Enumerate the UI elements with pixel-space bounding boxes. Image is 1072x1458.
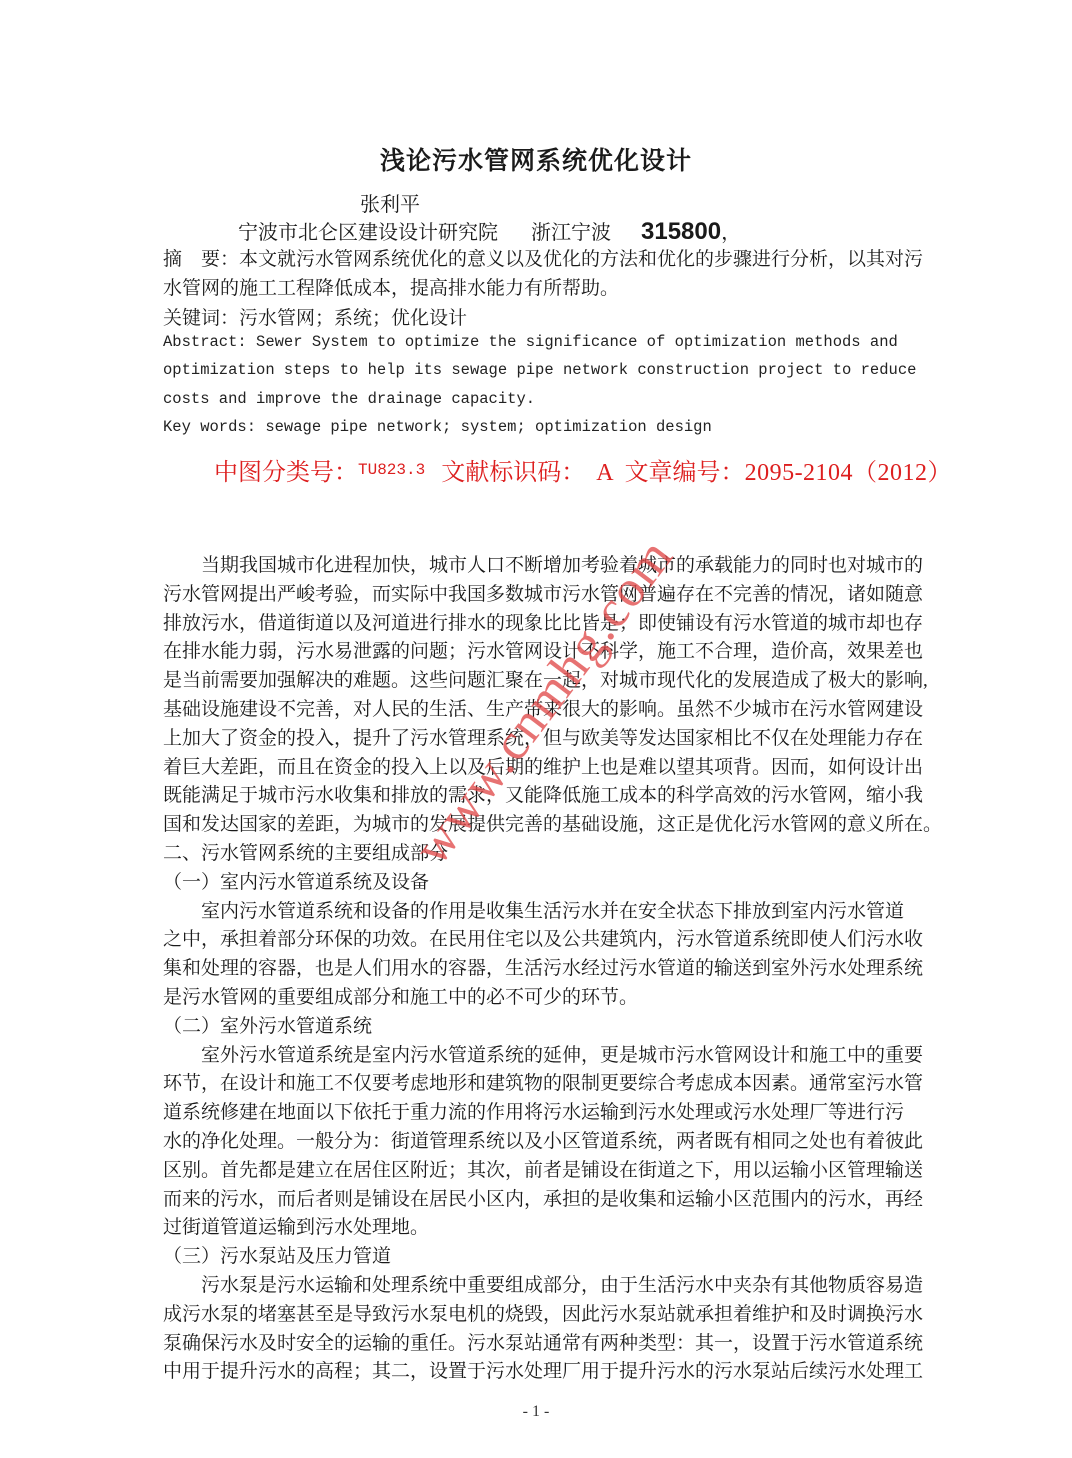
author-name: 张利平 [360,188,420,217]
body-line: 集和处理的容器，也是人们用水的容器，生活污水经过污水管道的输送到室外污水处理系统 [163,955,925,984]
body-line: （二）室外污水管道系统 [163,1013,925,1042]
body-line: 区别。首先都是建立在居住区附近；其次，前者是铺设在街道之下，用以运输小区管理输送 [163,1157,925,1186]
body-line: 之中，承担着部分环保的功效。在民用住宅以及公共建筑内，污水管道系统即使人们污水收 [163,926,925,955]
body-line: 水的净化处理。一般分为：街道管理系统以及小区管道系统，两者既有相同之处也有着彼此 [163,1128,925,1157]
affiliation-line: 宁波市北仑区建设设计研究院 浙江宁波 315800 ， [238,216,741,246]
body-line: 环节，在设计和施工不仅要考虑地形和建筑物的限制更要综合考虑成本因素。通常室污水管 [163,1070,925,1099]
body-line: 室内污水管道系统和设备的作用是收集生活污水并在安全状态下排放到室内污水管道 [163,898,925,927]
body-line: 是当前需要加强解决的难题。这些问题汇聚在一起，对城市现代化的发展造成了极大的影响… [163,667,925,696]
body-line: 国和发达国家的差距，为城市的发展提供完善的基础设施，这正是优化污水管网的意义所在… [163,811,925,840]
body-line: 中用于提升污水的高程；其二，设置于污水处理厂用于提升污水的污水泵站后续污水处理工 [163,1358,925,1387]
doc-id-label: 文献标识码： [441,452,585,487]
postal-code: 315800 [641,218,721,246]
abstract-en: Abstract: Sewer System to optimize the s… [163,328,953,442]
doc-id-code: A [596,460,613,487]
body-line: 室外污水管道系统是室内污水管道系统的延伸，更是城市污水管网设计和施工中的重要 [163,1042,925,1071]
body-text: 当期我国城市化进程加快，城市人口不断增加考验着城市的承载能力的同时也对城市的污水… [163,552,925,1387]
abstract-en-line: costs and improve the drainage capacity. [163,385,953,413]
abstract-cn-line: 水管网的施工工程降低成本，提高排水能力有所帮助。 [163,274,925,303]
body-line: （三）污水泵站及压力管道 [163,1243,925,1272]
body-line: 污水管网提出严峻考验，而实际中我国多数城市污水管网普遍存在不完善的情况，诸如随意 [163,581,925,610]
body-line: 排放污水，借道街道以及河道进行排水的现象比比皆是；即使铺设有污水管道的城市却也存 [163,610,925,639]
article-no-label: 文章编号： [625,452,745,487]
abstract-en-line: Key words: sewage pipe network; system; … [163,413,953,441]
keywords-cn: 关键词：污水管网；系统；优化设计 [163,303,467,330]
abstract-en-line: optimization steps to help its sewage pi… [163,356,953,384]
body-line: 而来的污水，而后者则是铺设在居民小区内，承担的是收集和运输小区范围内的污水，再经 [163,1186,925,1215]
body-line: 是污水管网的重要组成部分和施工中的必不可少的环节。 [163,984,925,1013]
body-line: 污水泵是污水运输和处理系统中重要组成部分，由于生活污水中夹杂有其他物质容易造 [163,1272,925,1301]
body-line: 二、污水管网系统的主要组成部分 [163,840,925,869]
postal-code-comma: ， [721,216,741,245]
affiliation-region: 浙江宁波 [531,216,611,245]
clc-code: TU823.3 [358,461,425,479]
abstract-cn-line: 摘 要：本文就污水管网系统优化的意义以及优化的方法和优化的步骤进行分析，以其对污 [163,245,925,274]
body-line: 过街道管道运输到污水处理地。 [163,1214,925,1243]
body-line: 着巨大差距，而且在资金的投入上以及后期的维护上也是难以望其项背。因而，如何设计出 [163,754,925,783]
body-line: 泵确保污水及时安全的运输的重任。污水泵站通常有两种类型：其一，设置于污水管道系统 [163,1330,925,1359]
body-line: 成污水泵的堵塞甚至是导致污水泵电机的烧毁，因此污水泵站就承担着维护和及时调换污水 [163,1301,925,1330]
document-page: 浅论污水管网系统优化设计 张利平 宁波市北仑区建设设计研究院 浙江宁波 3158… [0,0,1072,1458]
body-line: 当期我国城市化进程加快，城市人口不断增加考验着城市的承载能力的同时也对城市的 [163,552,925,581]
body-line: 既能满足于城市污水收集和排放的需求，又能降低施工成本的科学高效的污水管网，缩小我 [163,782,925,811]
body-line: 道系统修建在地面以下依托于重力流的作用将污水运输到污水处理或污水处理厂等进行污 [163,1099,925,1128]
classification-line: 中图分类号： TU823.3 文献标识码： A 文章编号： 2095-2104（… [214,452,952,487]
body-line: 在排水能力弱，污水易泄露的问题；污水管网设计不科学，施工不合理，造价高，效果差也 [163,638,925,667]
body-line: 上加大了资金的投入，提升了污水管理系统，但与欧美等发达国家相比不仅在处理能力存在 [163,725,925,754]
clc-label: 中图分类号： [214,452,358,487]
body-line: 基础设施建设不完善，对人民的生活、生产带来很大的影响。虽然不少城市在污水管网建设 [163,696,925,725]
paper-title: 浅论污水管网系统优化设计 [0,141,1072,177]
article-no-code: 2095-2104（2012） [745,452,953,487]
page-number: - 1 - [0,1403,1072,1421]
affiliation-institute: 宁波市北仑区建设设计研究院 [238,216,498,245]
body-line: （一）室内污水管道系统及设备 [163,869,925,898]
abstract-en-line: Abstract: Sewer System to optimize the s… [163,328,953,356]
abstract-cn: 摘 要：本文就污水管网系统优化的意义以及优化的方法和优化的步骤进行分析，以其对污… [163,245,925,303]
